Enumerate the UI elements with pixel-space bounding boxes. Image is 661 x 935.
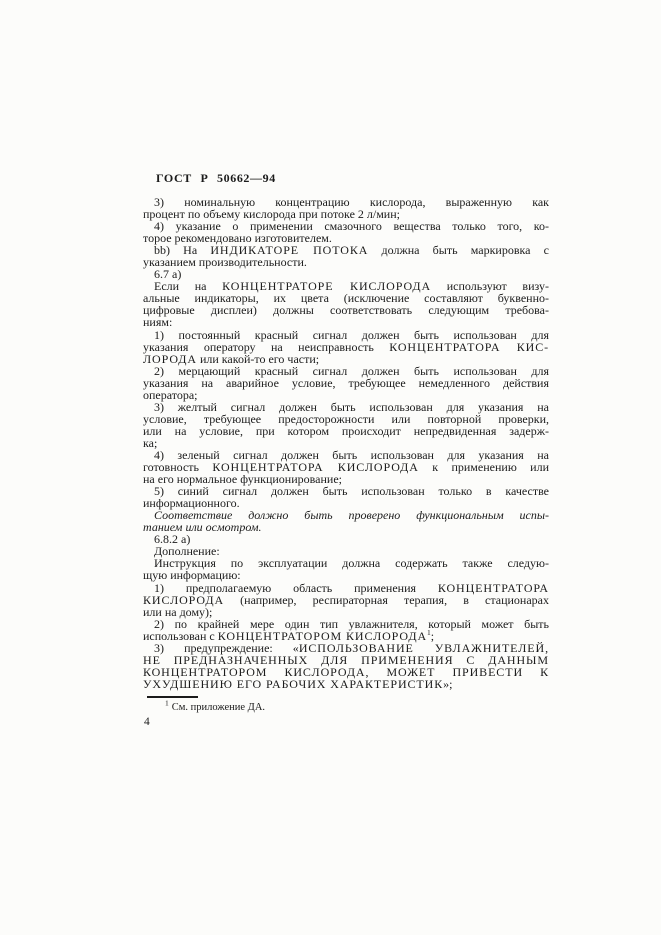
text-run: должна быть маркировка с <box>368 243 549 257</box>
footnote-text: См. приложение ДА. <box>172 702 265 713</box>
text-line: указания на аварийное условие, требующее… <box>143 377 549 389</box>
footnote: 1См. приложение ДА. <box>165 702 265 714</box>
text-line: танием или осмотром. <box>143 521 549 533</box>
text-run: цифровые дисплеи) должны соответствовать… <box>143 303 549 317</box>
page-number: 4 <box>144 716 150 728</box>
document-header: ГОСТ Р 50662—94 <box>156 171 276 186</box>
text-run: указания на аварийное условие, требующее… <box>143 376 549 390</box>
text-run: »; <box>443 677 452 691</box>
text-line: УХУДШЕНИЮ ЕГО РАБОЧИХ ХАРАКТЕРИСТИК»; <box>143 678 549 690</box>
footnote-marker: 1 <box>165 699 169 708</box>
document-body: 3) номинальную концентрацию кислорода, в… <box>143 196 549 690</box>
text-line: цифровые дисплеи) должны соответствовать… <box>143 304 549 316</box>
text-run: (например, респираторная терапия, в стац… <box>224 593 549 607</box>
defined-term: УХУДШЕНИЮ ЕГО РАБОЧИХ ХАРАКТЕРИСТИК <box>143 677 443 691</box>
footnote-rule <box>147 696 198 698</box>
text-line: указанием производительности. <box>143 256 549 268</box>
document-page: ГОСТ Р 50662—94 3) номинальную концентра… <box>0 0 661 935</box>
text-run: к применению или <box>419 460 549 474</box>
text-line: или на условие, при котором происходит н… <box>143 425 549 437</box>
defined-term: КОНЦЕНТРАТОРА КИС- <box>389 340 549 354</box>
text-run: или на условие, при котором происходит н… <box>143 424 549 438</box>
